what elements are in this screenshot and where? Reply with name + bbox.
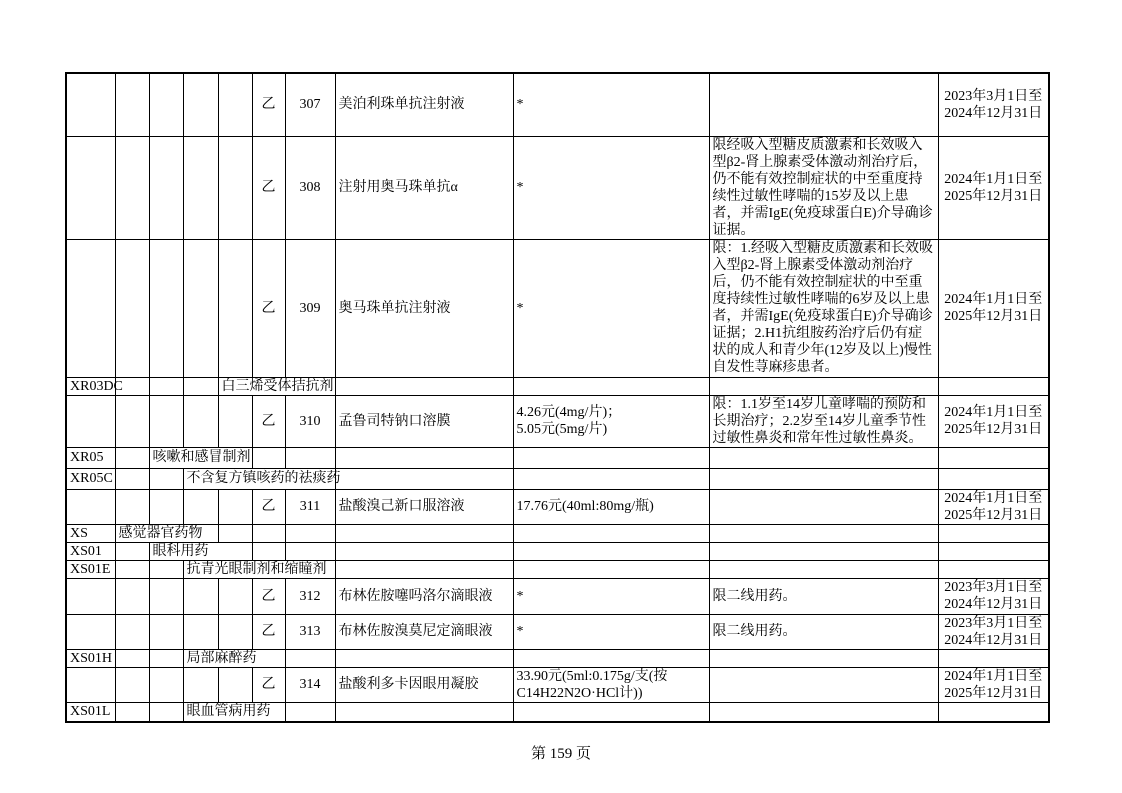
restriction-cell	[709, 489, 938, 524]
price-cell: 17.76元(40ml:80mg/瓶)	[513, 489, 709, 524]
price-cell: *	[513, 73, 709, 136]
indent-cell	[218, 73, 252, 136]
indent-cell	[183, 578, 218, 614]
drug-name-empty-cell	[335, 560, 513, 578]
drug-name-empty-cell	[335, 649, 513, 667]
price-cell: 33.90元(5ml:0.175g/支(按 C14H22N2O·HCl计))	[513, 667, 709, 702]
price-cell: 4.26元(4mg/片)； 5.05元(5mg/片)	[513, 395, 709, 447]
spacer-cell	[252, 524, 285, 542]
category-name-cell: 咳嗽和感冒制剂	[149, 447, 252, 468]
drug-number-cell: 308	[285, 136, 335, 239]
category-code-cell: XS	[66, 524, 115, 542]
drug-name-empty-cell	[335, 447, 513, 468]
indent-cell	[149, 578, 183, 614]
drug-number-cell: 307	[285, 73, 335, 136]
indent-cell	[218, 136, 252, 239]
category-row-XR05C: XR05C不含复方镇咳药的祛痰药	[66, 468, 1049, 489]
drug-number-cell: 309	[285, 239, 335, 377]
drug-name-cell: 奥马珠单抗注射液	[335, 239, 513, 377]
indent-cell	[218, 395, 252, 447]
indent-cell	[218, 667, 252, 702]
drug-name-cell: 孟鲁司特钠口溶膜	[335, 395, 513, 447]
pay-class-cell: 乙	[252, 489, 285, 524]
drug-name-cell: 布林佐胺溴莫尼定滴眼液	[335, 614, 513, 649]
category-name-cell: 抗青光眼制剂和缩瞳剂	[183, 560, 335, 578]
restriction-empty-cell	[709, 702, 938, 722]
price-empty-cell	[513, 377, 709, 395]
validity-cell: 2024年1月1日至 2025年12月31日	[938, 136, 1049, 239]
indent-cell	[115, 542, 149, 560]
indent-cell	[149, 702, 183, 722]
drug-name-empty-cell	[335, 468, 513, 489]
indent-cell	[115, 578, 149, 614]
price-cell: *	[513, 578, 709, 614]
drug-name-cell: 布林佐胺噻吗洛尔滴眼液	[335, 578, 513, 614]
pay-class-cell: 乙	[252, 73, 285, 136]
indent-cell	[218, 489, 252, 524]
spacer-cell	[285, 447, 335, 468]
price-empty-cell	[513, 524, 709, 542]
indent-cell	[149, 468, 183, 489]
spacer-cell	[285, 649, 335, 667]
indent-cell	[218, 578, 252, 614]
price-empty-cell	[513, 447, 709, 468]
indent-cell	[183, 239, 218, 377]
category-name-cell: 感觉器官药物	[115, 524, 218, 542]
category-code-cell: XR03DC	[66, 377, 115, 395]
pay-class-cell: 乙	[252, 667, 285, 702]
validity-cell: 2024年1月1日至 2025年12月31日	[938, 667, 1049, 702]
drug-name-cell: 注射用奥马珠单抗α	[335, 136, 513, 239]
drug-row-311: 乙311盐酸溴己新口服溶液17.76元(40ml:80mg/瓶)2024年1月1…	[66, 489, 1049, 524]
restriction-empty-cell	[709, 560, 938, 578]
validity-cell: 2023年3月1日至 2024年12月31日	[938, 614, 1049, 649]
indent-cell	[115, 649, 149, 667]
indent-cell	[149, 395, 183, 447]
document-page: 乙307美泊利珠单抗注射液*2023年3月1日至 2024年12月31日乙308…	[0, 0, 1122, 793]
validity-empty-cell	[938, 524, 1049, 542]
validity-cell: 2023年3月1日至 2024年12月31日	[938, 578, 1049, 614]
spacer-cell	[285, 542, 335, 560]
indent-cell	[183, 136, 218, 239]
validity-empty-cell	[938, 377, 1049, 395]
restriction-empty-cell	[709, 649, 938, 667]
indent-cell	[149, 614, 183, 649]
indent-cell	[149, 377, 183, 395]
code-empty-cell	[66, 578, 115, 614]
drug-number-cell: 314	[285, 667, 335, 702]
category-row-XS01E: XS01E抗青光眼制剂和缩瞳剂	[66, 560, 1049, 578]
pay-class-cell: 乙	[252, 578, 285, 614]
pay-class-cell: 乙	[252, 136, 285, 239]
category-code-cell: XR05C	[66, 468, 115, 489]
restriction-cell	[709, 73, 938, 136]
drug-name-empty-cell	[335, 542, 513, 560]
indent-cell	[115, 667, 149, 702]
spacer-cell	[252, 542, 285, 560]
indent-cell	[149, 560, 183, 578]
category-name-cell: 眼科用药	[149, 542, 252, 560]
spacer-cell	[285, 524, 335, 542]
validity-empty-cell	[938, 649, 1049, 667]
spacer-cell	[252, 447, 285, 468]
validity-cell: 2024年1月1日至 2025年12月31日	[938, 489, 1049, 524]
drug-number-cell: 313	[285, 614, 335, 649]
price-empty-cell	[513, 702, 709, 722]
page-number: 第 159 页	[0, 742, 1122, 763]
code-empty-cell	[66, 614, 115, 649]
category-row-XS01: XS01眼科用药	[66, 542, 1049, 560]
price-empty-cell	[513, 560, 709, 578]
restriction-empty-cell	[709, 524, 938, 542]
price-cell: *	[513, 136, 709, 239]
drug-name-cell: 盐酸利多卡因眼用凝胶	[335, 667, 513, 702]
indent-cell	[149, 73, 183, 136]
validity-empty-cell	[938, 702, 1049, 722]
indent-cell	[149, 667, 183, 702]
indent-cell	[115, 614, 149, 649]
indent-cell	[218, 614, 252, 649]
category-row-XS01H: XS01H局部麻醉药	[66, 649, 1049, 667]
category-code-cell: XS01L	[66, 702, 115, 722]
drug-number-cell: 312	[285, 578, 335, 614]
category-code-cell: XS01E	[66, 560, 115, 578]
category-code-cell: XS01H	[66, 649, 115, 667]
category-name-cell: 眼血管病用药	[183, 702, 285, 722]
indent-cell	[115, 239, 149, 377]
restriction-empty-cell	[709, 468, 938, 489]
code-empty-cell	[66, 667, 115, 702]
drug-name-empty-cell	[335, 702, 513, 722]
indent-cell	[183, 614, 218, 649]
indent-cell	[183, 395, 218, 447]
restriction-cell	[709, 667, 938, 702]
code-empty-cell	[66, 73, 115, 136]
spacer-cell	[218, 524, 252, 542]
validity-cell: 2023年3月1日至 2024年12月31日	[938, 73, 1049, 136]
drug-row-307: 乙307美泊利珠单抗注射液*2023年3月1日至 2024年12月31日	[66, 73, 1049, 136]
pay-class-cell: 乙	[252, 239, 285, 377]
drug-row-309: 乙309奥马珠单抗注射液*限：1.经吸入型糖皮质激素和长效吸入型β2-肾上腺素受…	[66, 239, 1049, 377]
drug-name-empty-cell	[335, 377, 513, 395]
price-cell: *	[513, 614, 709, 649]
category-name-cell: 不含复方镇咳药的祛痰药	[183, 468, 335, 489]
code-empty-cell	[66, 489, 115, 524]
indent-cell	[149, 489, 183, 524]
validity-cell: 2024年1月1日至 2025年12月31日	[938, 239, 1049, 377]
code-empty-cell	[66, 239, 115, 377]
pay-class-cell: 乙	[252, 614, 285, 649]
indent-cell	[115, 136, 149, 239]
indent-cell	[115, 447, 149, 468]
restriction-cell: 限经吸入型糖皮质激素和长效吸入型β2-肾上腺素受体激动剂治疗后，仍不能有效控制症…	[709, 136, 938, 239]
drug-row-314: 乙314盐酸利多卡因眼用凝胶33.90元(5ml:0.175g/支(按 C14H…	[66, 667, 1049, 702]
category-code-cell: XS01	[66, 542, 115, 560]
validity-cell: 2024年1月1日至 2025年12月31日	[938, 395, 1049, 447]
drug-name-cell: 美泊利珠单抗注射液	[335, 73, 513, 136]
indent-cell	[115, 468, 149, 489]
indent-cell	[115, 560, 149, 578]
spacer-cell	[285, 702, 335, 722]
drug-number-cell: 311	[285, 489, 335, 524]
drug-name-empty-cell	[335, 524, 513, 542]
restriction-empty-cell	[709, 542, 938, 560]
drug-row-313: 乙313布林佐胺溴莫尼定滴眼液*限二线用药。2023年3月1日至 2024年12…	[66, 614, 1049, 649]
indent-cell	[218, 239, 252, 377]
drug-catalog-table: 乙307美泊利珠单抗注射液*2023年3月1日至 2024年12月31日乙308…	[65, 72, 1050, 723]
indent-cell	[183, 377, 218, 395]
drug-number-cell: 310	[285, 395, 335, 447]
pay-class-cell: 乙	[252, 395, 285, 447]
category-row-XS: XS感觉器官药物	[66, 524, 1049, 542]
price-empty-cell	[513, 542, 709, 560]
indent-cell	[149, 649, 183, 667]
category-row-XR05: XR05咳嗽和感冒制剂	[66, 447, 1049, 468]
price-empty-cell	[513, 468, 709, 489]
indent-cell	[183, 667, 218, 702]
category-name-cell: 白三烯受体拮抗剂	[218, 377, 335, 395]
indent-cell	[183, 73, 218, 136]
restriction-cell: 限二线用药。	[709, 578, 938, 614]
indent-cell	[115, 489, 149, 524]
code-empty-cell	[66, 136, 115, 239]
price-cell: *	[513, 239, 709, 377]
indent-cell	[183, 489, 218, 524]
validity-empty-cell	[938, 447, 1049, 468]
code-empty-cell	[66, 395, 115, 447]
restriction-cell: 限：1.1岁至14岁儿童哮喘的预防和长期治疗；2.2岁至14岁儿童季节性过敏性鼻…	[709, 395, 938, 447]
drug-row-308: 乙308注射用奥马珠单抗α*限经吸入型糖皮质激素和长效吸入型β2-肾上腺素受体激…	[66, 136, 1049, 239]
validity-empty-cell	[938, 542, 1049, 560]
price-empty-cell	[513, 649, 709, 667]
drug-row-312: 乙312布林佐胺噻吗洛尔滴眼液*限二线用药。2023年3月1日至 2024年12…	[66, 578, 1049, 614]
restriction-cell: 限二线用药。	[709, 614, 938, 649]
drug-row-310: 乙310孟鲁司特钠口溶膜4.26元(4mg/片)； 5.05元(5mg/片)限：…	[66, 395, 1049, 447]
drug-name-cell: 盐酸溴己新口服溶液	[335, 489, 513, 524]
restriction-empty-cell	[709, 377, 938, 395]
restriction-empty-cell	[709, 447, 938, 468]
validity-empty-cell	[938, 560, 1049, 578]
indent-cell	[149, 136, 183, 239]
indent-cell	[115, 395, 149, 447]
category-row-XR03DC: XR03DC白三烯受体拮抗剂	[66, 377, 1049, 395]
indent-cell	[115, 73, 149, 136]
indent-cell	[149, 239, 183, 377]
category-code-cell: XR05	[66, 447, 115, 468]
table-body: 乙307美泊利珠单抗注射液*2023年3月1日至 2024年12月31日乙308…	[66, 73, 1049, 722]
restriction-cell: 限：1.经吸入型糖皮质激素和长效吸入型β2-肾上腺素受体激动剂治疗后，仍不能有效…	[709, 239, 938, 377]
indent-cell	[115, 702, 149, 722]
validity-empty-cell	[938, 468, 1049, 489]
category-name-cell: 局部麻醉药	[183, 649, 285, 667]
category-row-XS01L: XS01L眼血管病用药	[66, 702, 1049, 722]
